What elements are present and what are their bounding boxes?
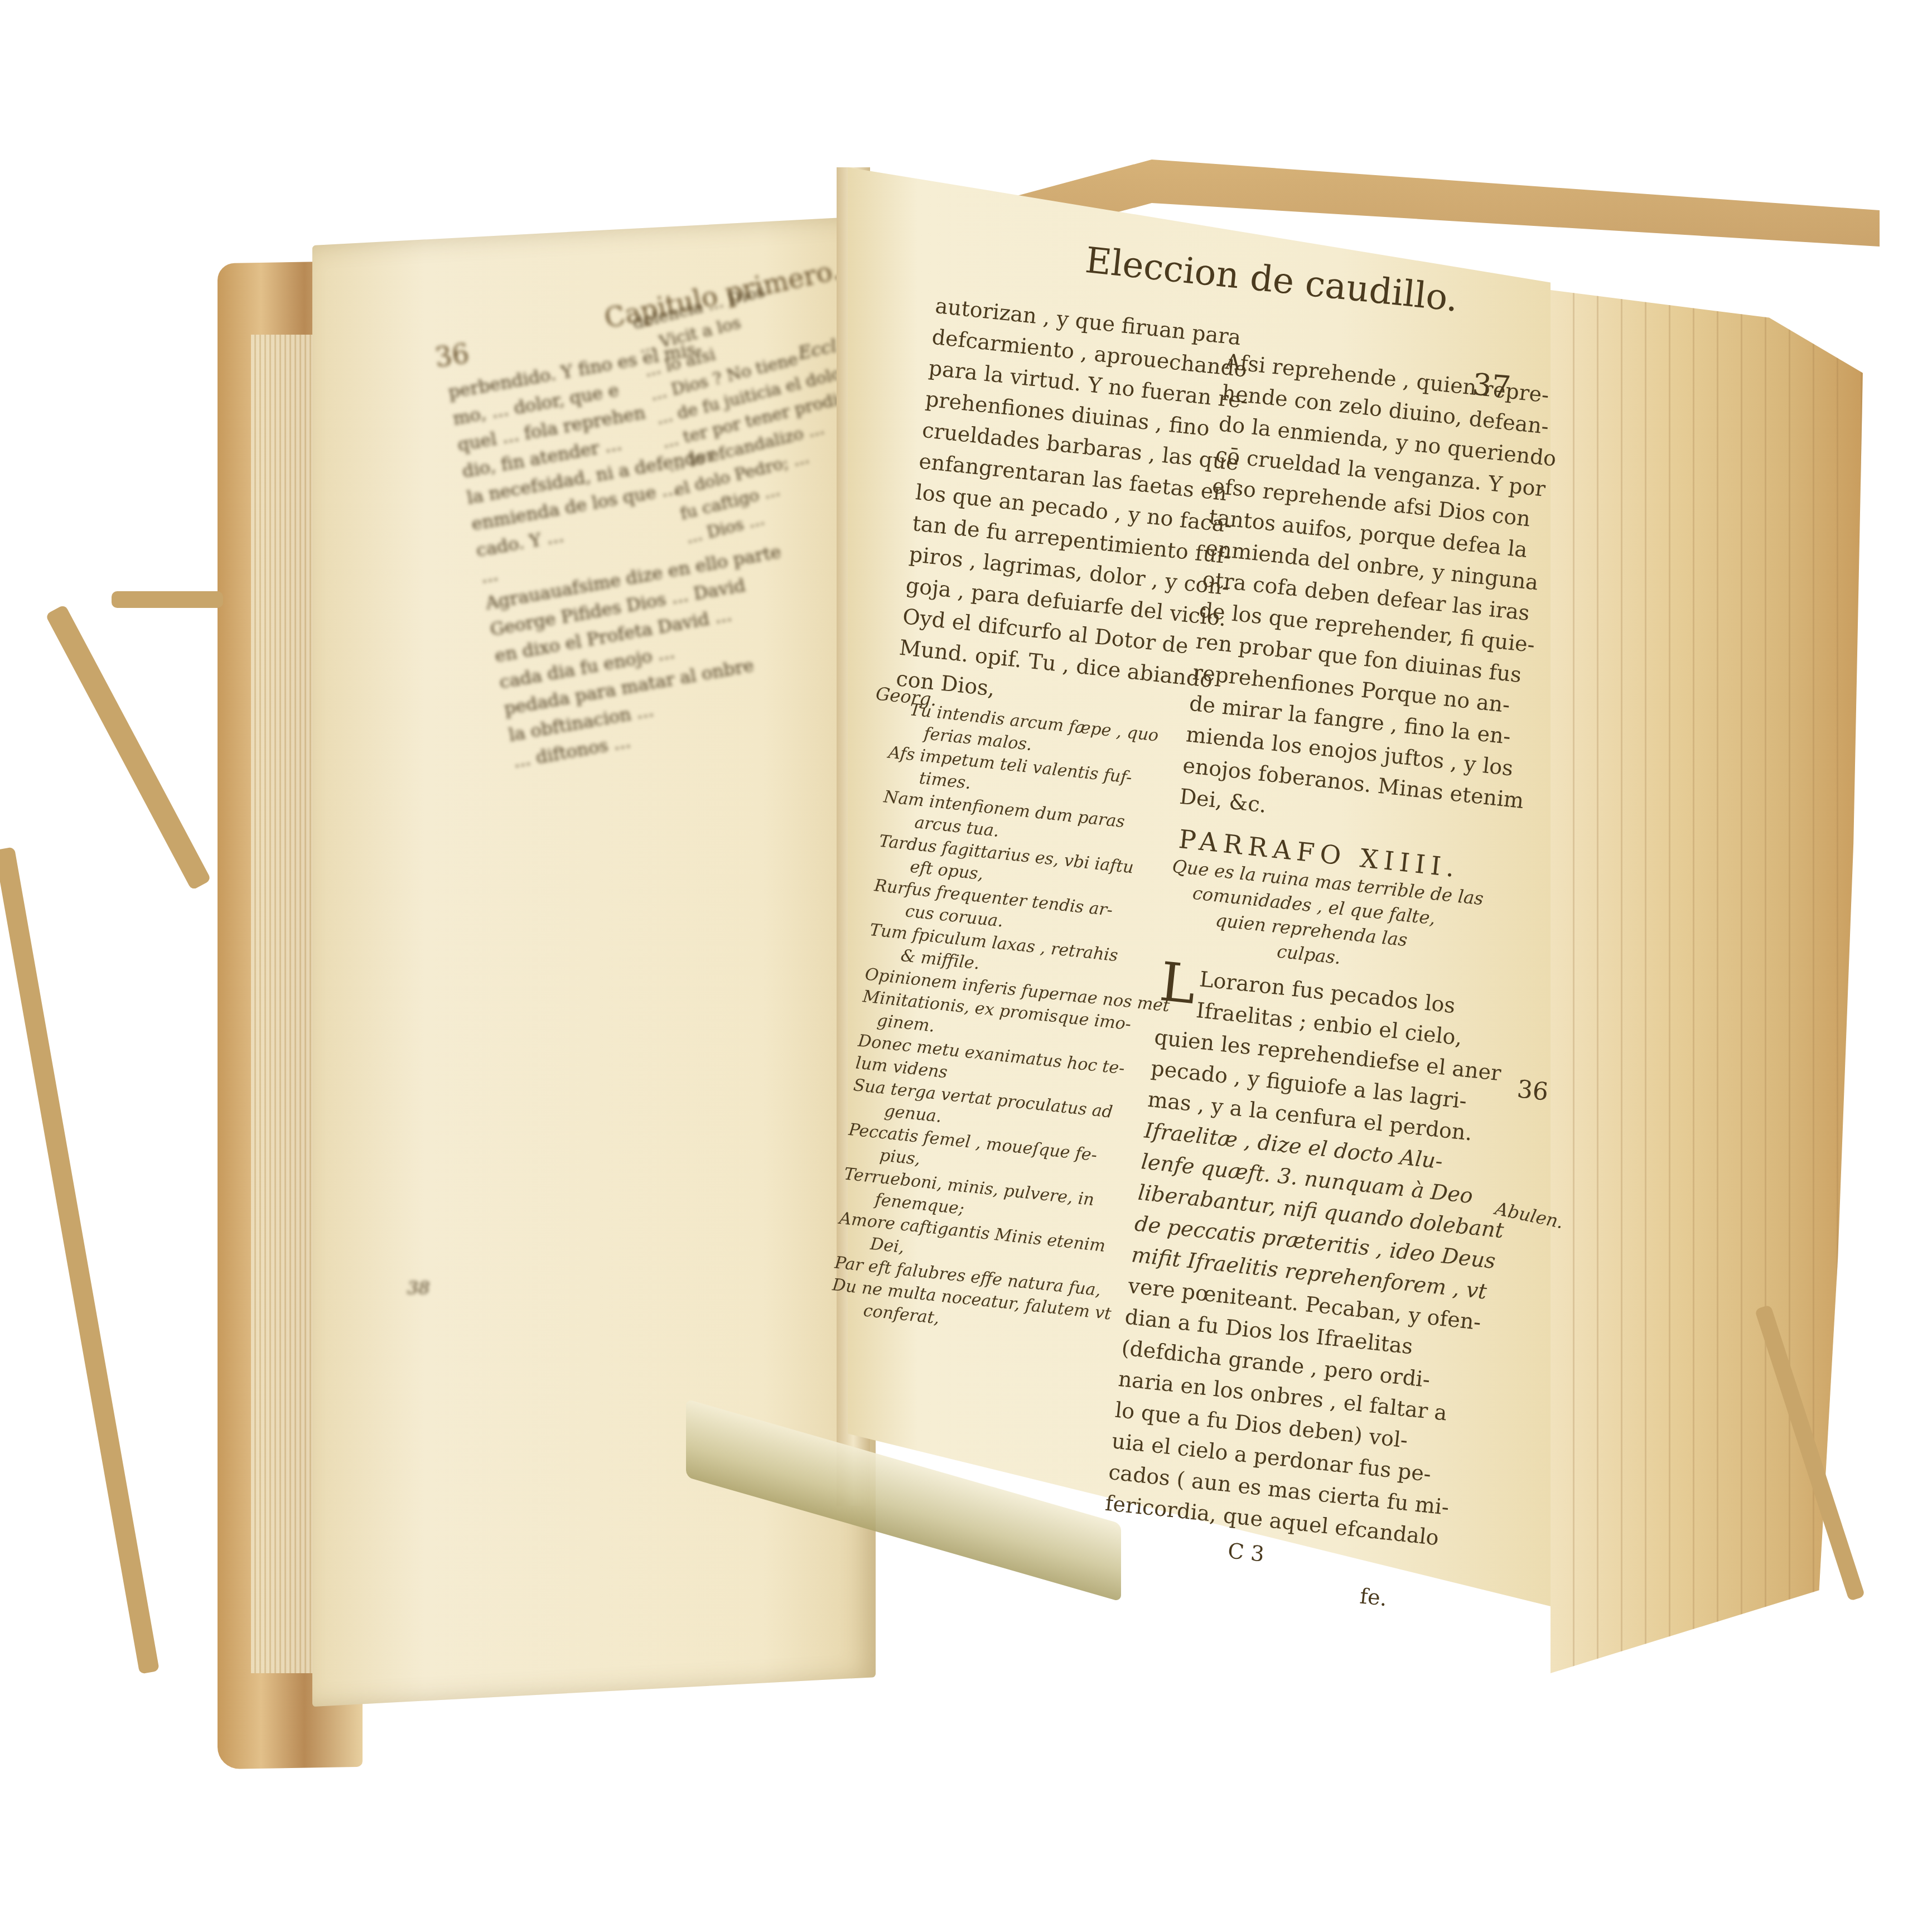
book-photo: Capitulo primero. 36 Eccl. 15. 38 perben… [0, 0, 1932, 1932]
leather-tie-left-hanging [0, 847, 160, 1674]
leather-tie-left-loop [45, 604, 211, 890]
leather-tie-top-left [112, 591, 223, 608]
margin-number-36: 36 [1515, 1075, 1549, 1107]
drop-cap: L [1158, 959, 1198, 1007]
left-margin-number: 38 [407, 1277, 430, 1298]
left-page-number: 36 [433, 338, 471, 374]
